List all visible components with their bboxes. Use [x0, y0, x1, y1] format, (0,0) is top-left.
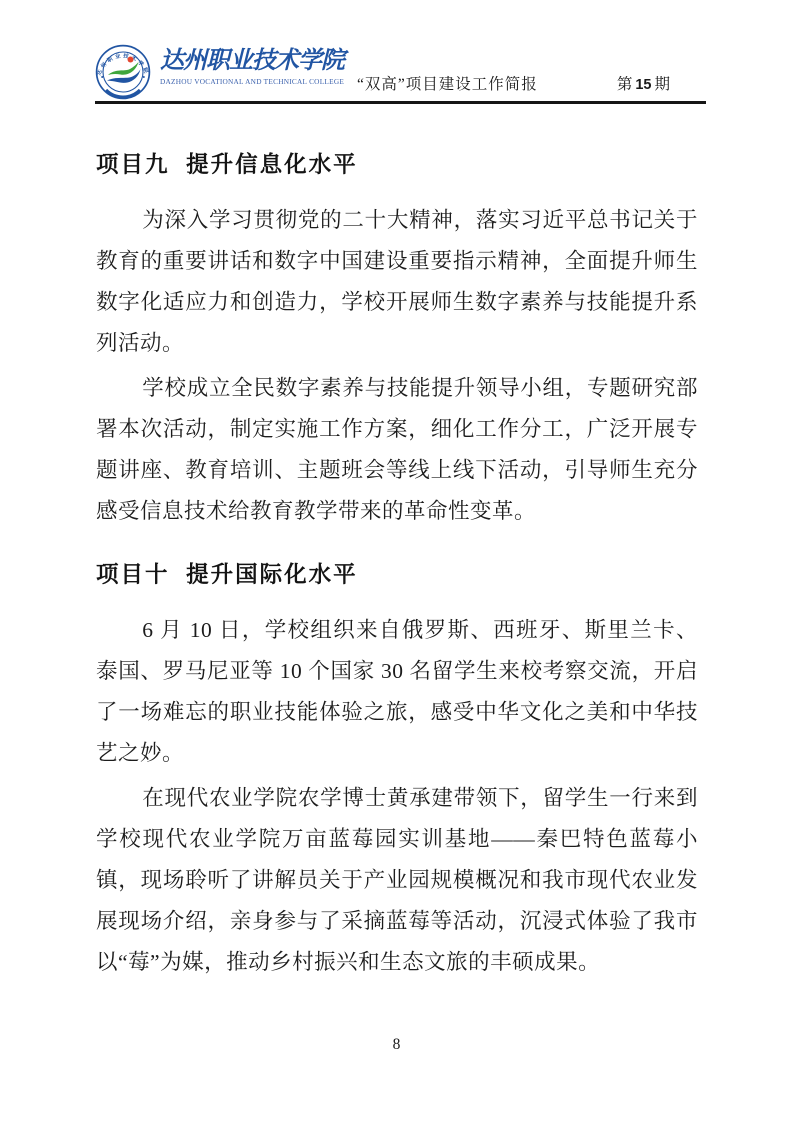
college-name-zh: 达州职业技术学院 — [160, 48, 344, 76]
emblem-red-dot — [128, 57, 134, 63]
page-header: 达州职业技术学院 达州职业技术学院 DAZHOU VOCATIONAL AND … — [95, 44, 706, 104]
college-brand: 达州职业技术学院 达州职业技术学院 DAZHOU VOCATIONAL AND … — [95, 44, 337, 100]
section-heading-project-9: 项目九 提升信息化水平 — [96, 151, 698, 179]
bulletin-title: “双高”项目建设工作简报 — [357, 72, 538, 94]
paragraph-project-10-intro: 6 月 10 日，学校组织来自俄罗斯、西班牙、斯里兰卡、泰国、罗马尼亚等 10 … — [96, 610, 698, 774]
paragraph-project-9-detail: 学校成立全民数字素养与技能提升领导小组，专题研究部署本次活动，制定实施工作方案，… — [96, 368, 698, 532]
document-page: 达州职业技术学院 达州职业技术学院 DAZHOU VOCATIONAL AND … — [0, 0, 793, 1122]
issue-prefix: 第 — [617, 76, 633, 93]
page-number: 8 — [393, 1036, 401, 1053]
issue-number: 第15期 — [617, 72, 670, 94]
college-emblem-icon: 达州职业技术学院 — [95, 44, 151, 100]
paragraph-project-10-detail: 在现代农业学院农学博士黄承建带领下，留学生一行来到学校现代农业学院万亩蓝莓园实训… — [96, 778, 698, 983]
page-footer: 8 — [0, 1036, 793, 1054]
college-name-en: DAZHOU VOCATIONAL AND TECHNICAL COLLEGE — [160, 77, 344, 86]
document-body: 项目九 提升信息化水平 为深入学习贯彻党的二十大精神，落实习近平总书记关于教育的… — [96, 103, 698, 983]
issue-number-value: 15 — [635, 77, 651, 93]
section-heading-project-10: 项目十 提升国际化水平 — [96, 561, 698, 589]
issue-suffix: 期 — [654, 76, 670, 93]
college-names: 达州职业技术学院 DAZHOU VOCATIONAL AND TECHNICAL… — [160, 44, 344, 86]
paragraph-project-9-intro: 为深入学习贯彻党的二十大精神，落实习近平总书记关于教育的重要讲话和数字中国建设重… — [96, 200, 698, 364]
